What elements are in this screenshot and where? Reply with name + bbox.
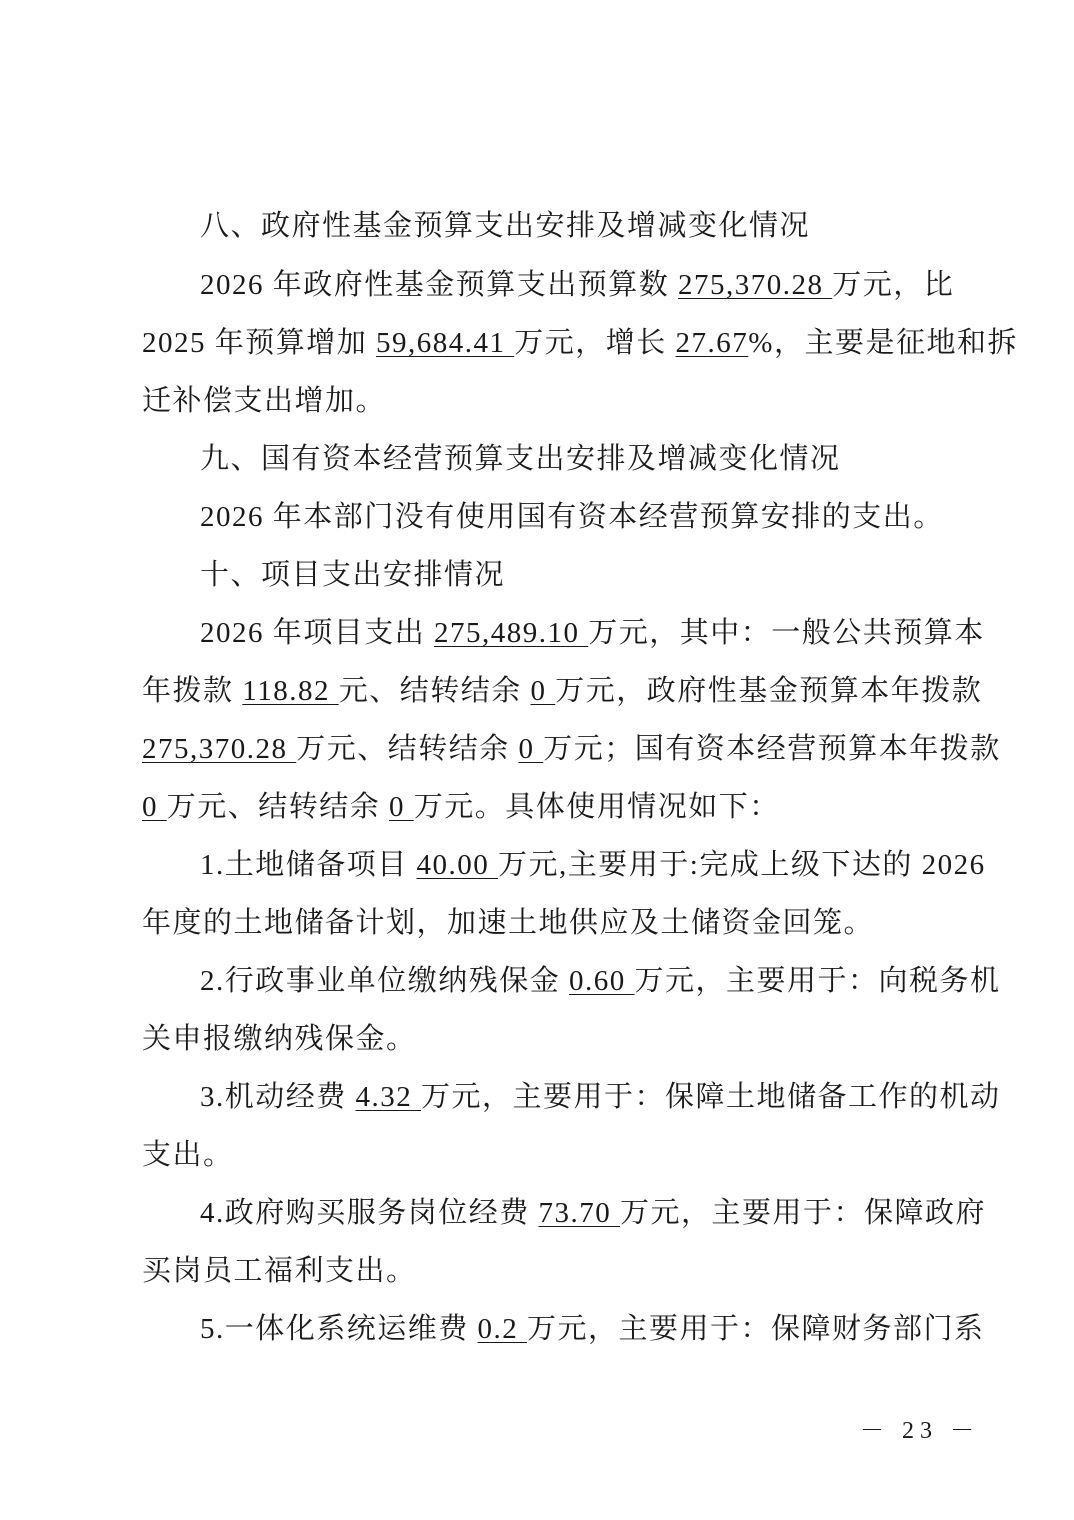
section-10-heading: 十、项目支出安排情况 [200,555,942,595]
section-9-heading: 九、国有资本经营预算支出安排及增减变化情况 [200,439,942,479]
section-8-para-line2: 2025 年预算增加 59,684.41 万元，增长 27.67%，主要是征地和… [142,323,942,363]
budget-amount: 275,370.28 [678,269,832,301]
list-item-5: 5.一体化系统运维费 0.2 万元，主要用于：保障财务部门系 [200,1309,942,1349]
document-page: 八、政府性基金预算支出安排及增减变化情况 2026 年政府性基金预算支出预算数 … [0,0,1074,1520]
list-item-4-cont: 买岗员工福利支出。 [142,1251,942,1291]
list-item-1: 1.土地储备项目 40.00 万元,主要用于:完成上级下达的 2026 [200,845,942,885]
section-10-para-line3: 275,370.28 万元、结转结余 0 万元；国有资本经营预算本年拨款 [142,729,942,769]
increase-amount: 59,684.41 [376,327,514,359]
section-9-para: 2026 年本部门没有使用国有资本经营预算安排的支出。 [200,497,942,537]
list-item-4: 4.政府购买服务岗位经费 73.70 万元，主要用于：保障政府 [200,1193,942,1233]
list-item-1-cont: 年度的土地储备计划，加速土地供应及土储资金回笼。 [142,903,942,943]
section-10-para-line2: 年拨款 118.82 元、结转结余 0 万元，政府性基金预算本年拨款 [142,671,942,711]
section-8-heading: 八、政府性基金预算支出安排及增减变化情况 [200,206,942,246]
list-item-3: 3.机动经费 4.32 万元，主要用于：保障土地储备工作的机动 [200,1077,942,1117]
page-number: － 23 － [860,1410,980,1445]
section-10-para-line1: 2026 年项目支出 275,489.10 万元，其中：一般公共预算本 [200,613,942,653]
section-10-para-line4: 0 万元、结转结余 0 万元。具体使用情况如下： [142,787,942,827]
section-8-para-line3: 迁补偿支出增加。 [142,381,942,421]
list-item-2: 2.行政事业单位缴纳残保金 0.60 万元，主要用于：向税务机 [200,961,942,1001]
section-8-para-line1: 2026 年政府性基金预算支出预算数 275,370.28 万元，比 [200,265,942,305]
growth-percent: 27.67 [676,327,749,359]
list-item-2-cont: 关申报缴纳残保金。 [142,1019,942,1059]
list-item-3-cont: 支出。 [142,1135,942,1175]
